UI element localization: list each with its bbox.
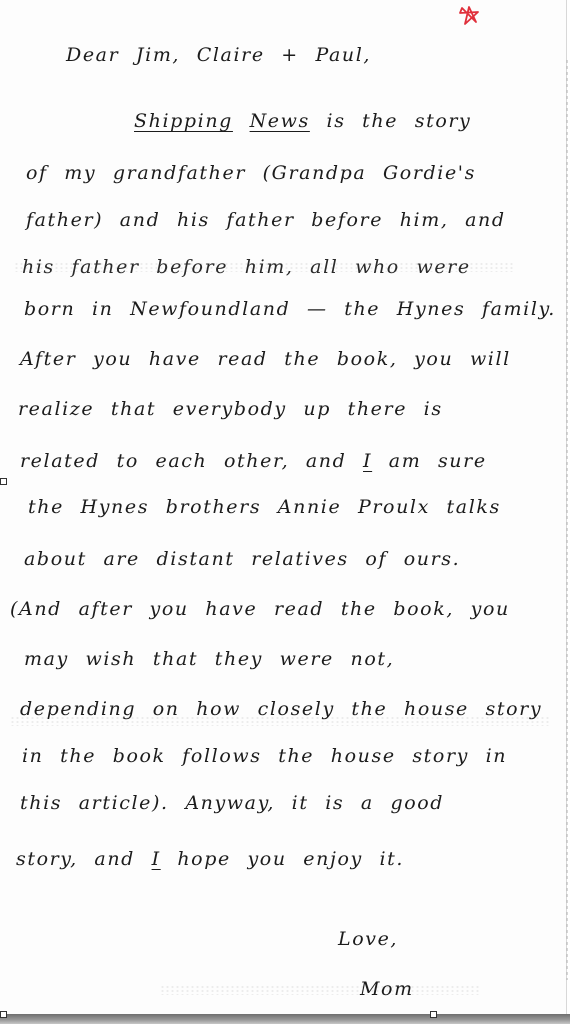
- underlined-word: I: [363, 450, 372, 472]
- book-title-word: Shipping: [134, 110, 233, 132]
- letter-line: father) and his father before him, and: [26, 209, 506, 231]
- letter-line: Shipping News is the story: [134, 110, 471, 132]
- letter-line: his father before him, all who were: [22, 256, 471, 278]
- letter-line: depending on how closely the house story: [20, 698, 542, 720]
- letter-line: about are distant relatives of ours.: [24, 548, 460, 570]
- page-shadow: [0, 1014, 570, 1024]
- letter-line: in the book follows the house story in: [22, 745, 507, 767]
- letter-signature: Mom: [360, 978, 414, 1000]
- red-star-icon: [456, 4, 482, 28]
- letter-greeting: Dear Jim, Claire + Paul,: [66, 44, 371, 66]
- letter-line: realize that everybody up there is: [18, 398, 443, 420]
- letter-closing: Love,: [338, 928, 398, 950]
- letter-line: After you have read the book, you will: [20, 348, 511, 370]
- letter-line: born in Newfoundland — the Hynes family.: [24, 298, 556, 320]
- line-text: story, and: [16, 848, 135, 870]
- letter-line: (And after you have read the book, you: [10, 598, 510, 620]
- line-text: related to each other, and: [20, 450, 346, 472]
- underlined-word: I: [152, 848, 161, 870]
- line-text: am sure: [389, 450, 487, 472]
- letter-line: may wish that they were not,: [24, 648, 394, 670]
- resize-handle-left[interactable]: [0, 478, 7, 485]
- scan-speckle: [160, 985, 480, 995]
- letter-line: this article). Anyway, it is a good: [20, 792, 444, 814]
- letter-line: story, and I hope you enjoy it.: [16, 848, 404, 870]
- line-text: hope you enjoy it.: [177, 848, 404, 870]
- resize-handle-bottom-left[interactable]: [0, 1011, 7, 1018]
- line-text: is the story: [327, 110, 472, 132]
- letter-line: the Hynes brothers Annie Proulx talks: [28, 496, 501, 518]
- letter-line: of my grandfather (Grandpa Gordie's: [26, 162, 476, 184]
- letter-line: related to each other, and I am sure: [20, 450, 487, 472]
- resize-handle-bottom[interactable]: [430, 1011, 437, 1018]
- page-edge: [566, 60, 568, 980]
- letter-page: Dear Jim, Claire + Paul, Shipping News i…: [0, 0, 567, 1014]
- book-title-word: News: [250, 110, 310, 132]
